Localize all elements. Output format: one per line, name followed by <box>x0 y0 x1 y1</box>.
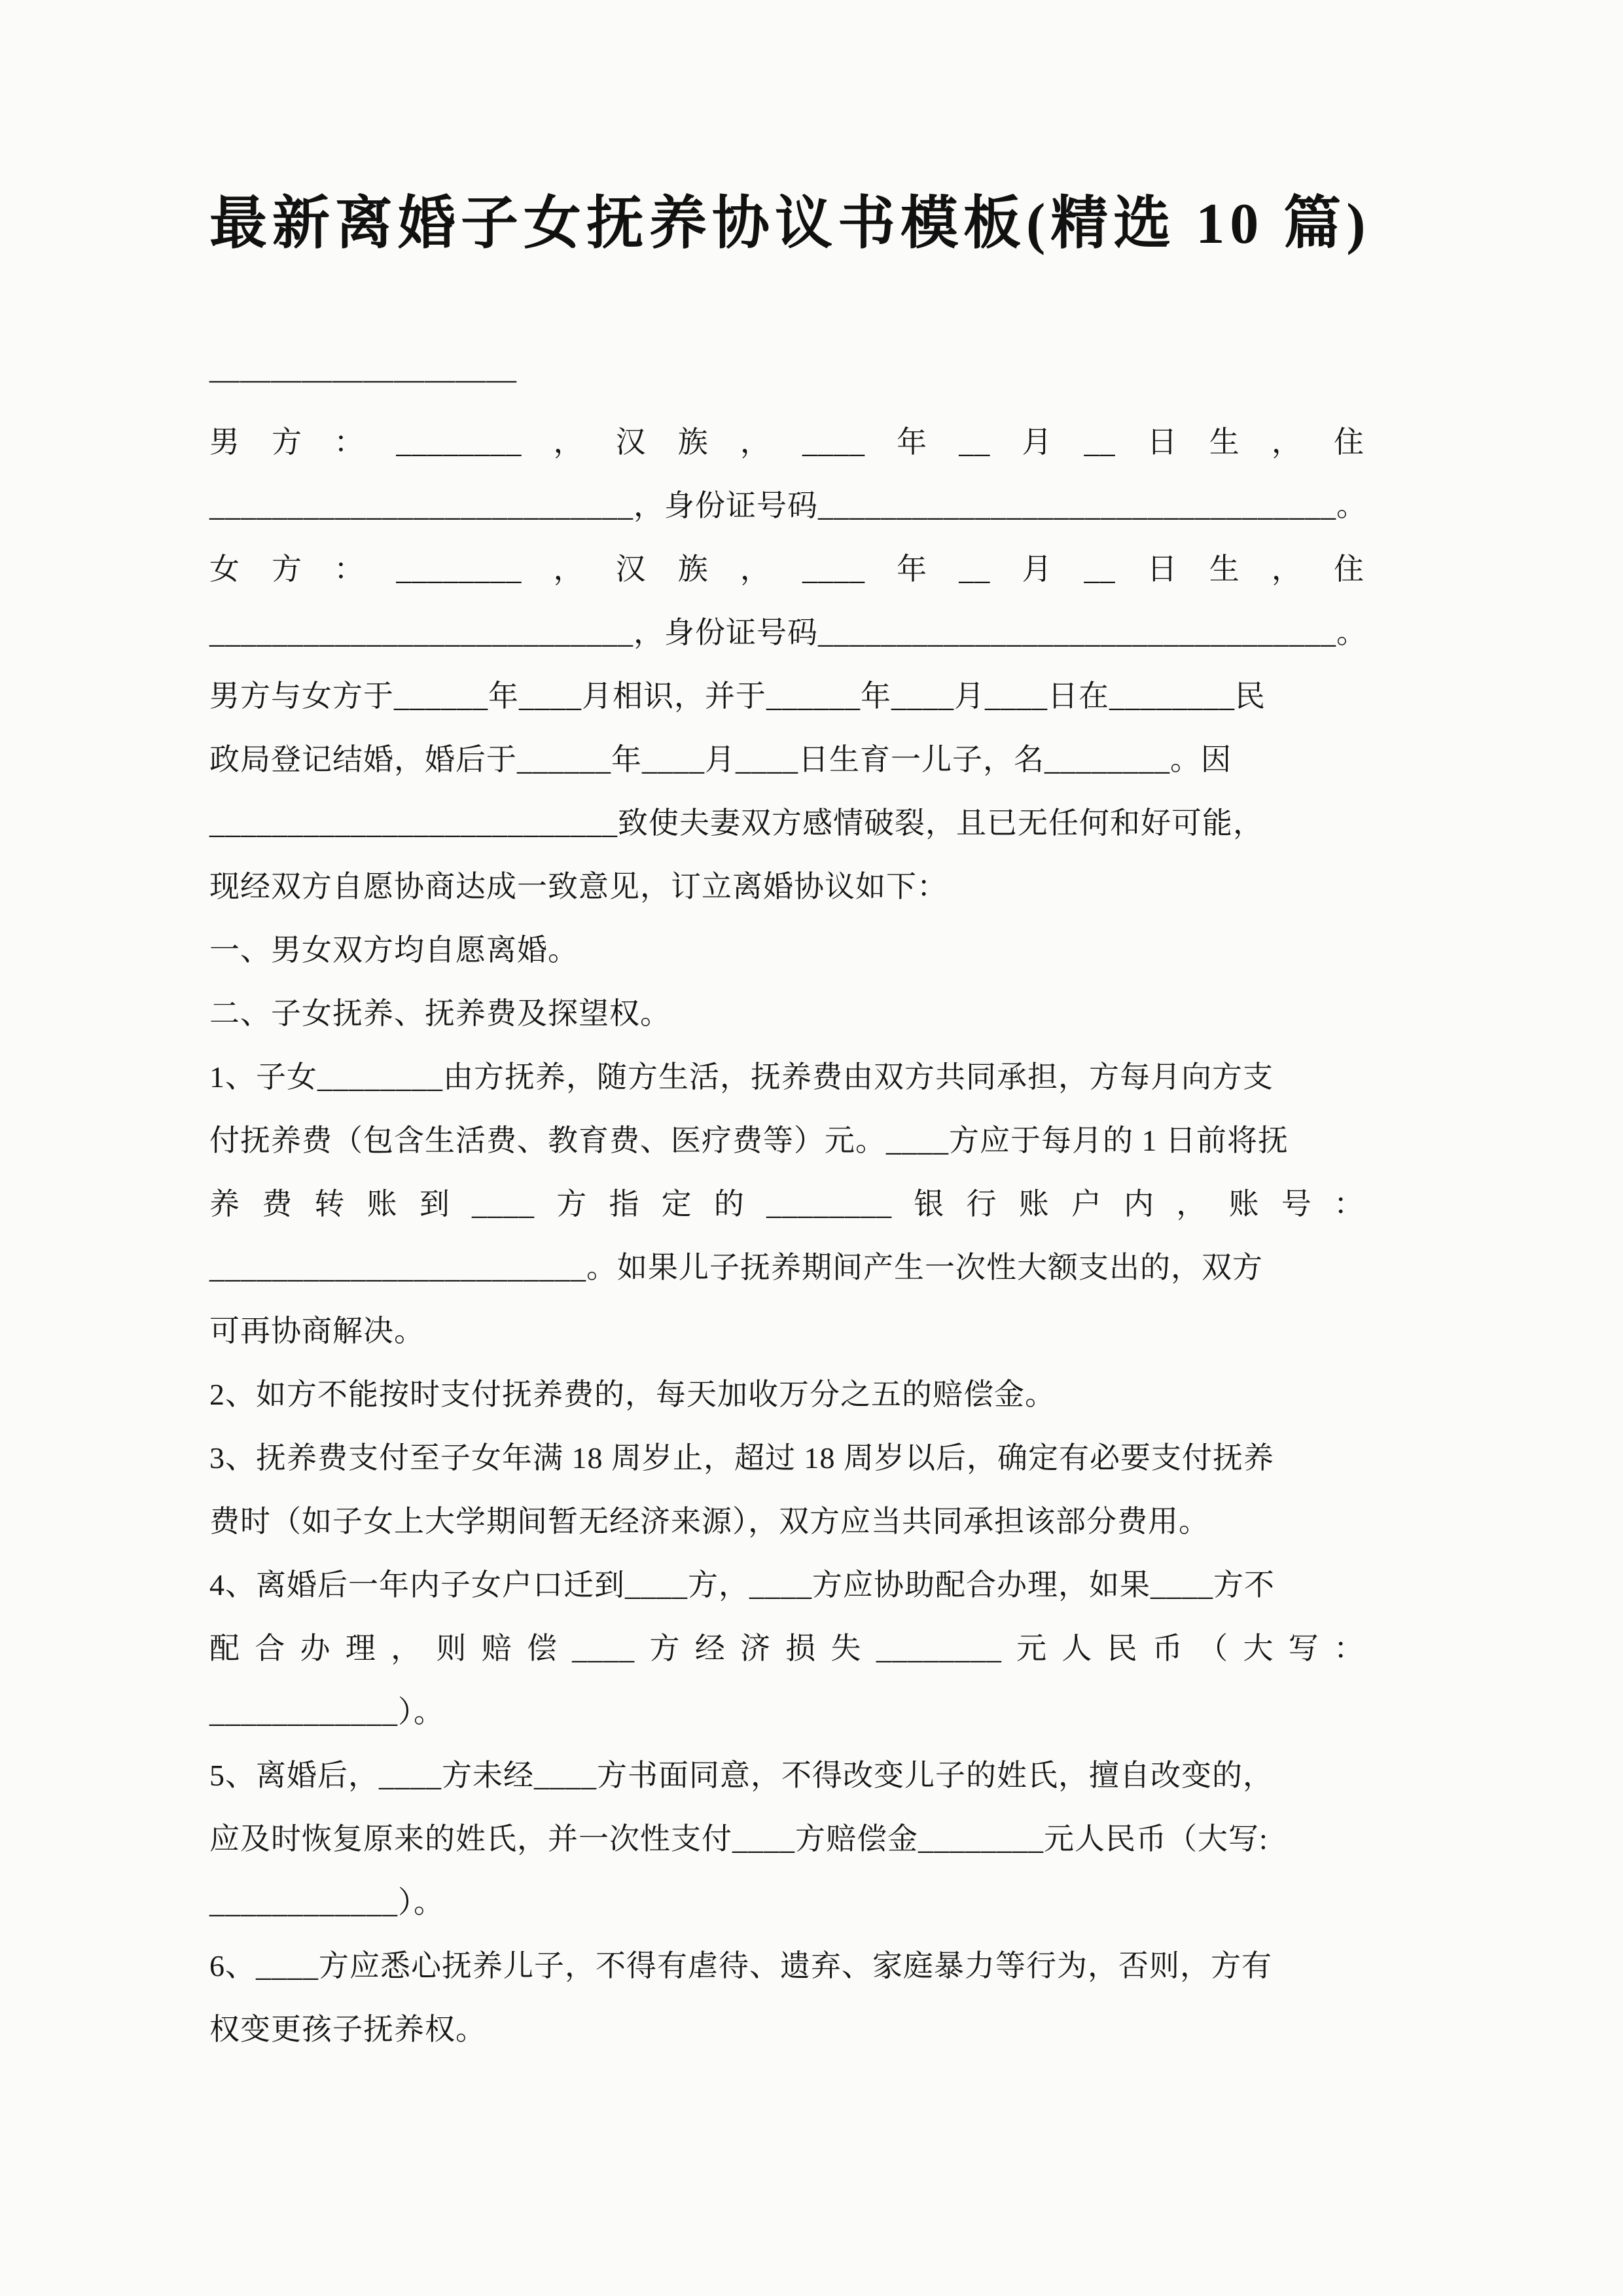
document-line: 付抚养费（包含生活费、教育费、医疗费等）元。____方应于每月的 1 日前将抚 <box>209 1109 1364 1172</box>
document-line: 二、子女抚养、抚养费及探望权。 <box>209 982 1364 1045</box>
document-line: 4、离婚后一年内子女户口迁到____方，____方应协助配合办理，如果____方… <box>209 1553 1364 1617</box>
document-line: 女方：________，汉族，____年__月__日生，住 <box>209 537 1364 601</box>
document-line: 现经双方自愿协商达成一致意见，订立离婚协议如下： <box>209 855 1364 918</box>
document-line: 费时（如子女上大学期间暂无经济来源），双方应当共同承担该部分费用。 <box>209 1490 1364 1553</box>
document-line: 男方：________，汉族，____年__月__日生，住 <box>209 410 1364 474</box>
document-line: 政局登记结婚，婚后于______年____月____日生育一儿子，名______… <box>209 728 1364 791</box>
document-line: —————————— <box>209 347 1364 410</box>
document-line: 1、子女________由方抚养，随方生活，抚养费由双方共同承担，方每月向方支 <box>209 1045 1364 1109</box>
document-line: ____________）。 <box>209 1871 1364 1934</box>
document-line: __________________________致使夫妻双方感情破裂，且已无… <box>209 791 1364 855</box>
document-page: 最新离婚子女抚养协议书模板(精选 10 篇) ——————————男方：____… <box>0 0 1623 2296</box>
document-line: 3、抚养费支付至子女年满 18 周岁止，超过 18 周岁以后，确定有必要支付抚养 <box>209 1426 1364 1490</box>
document-line: 可再协商解决。 <box>209 1299 1364 1363</box>
document-line: 5、离婚后，____方未经____方书面同意，不得改变儿子的姓氏，擅自改变的， <box>209 1744 1364 1807</box>
document-line: 应及时恢复原来的姓氏，并一次性支付____方赔偿金________元人民币（大写… <box>209 1807 1364 1871</box>
document-line: ___________________________，身份证号码_______… <box>209 474 1364 537</box>
document-line: 养费转账到____方指定的________银行账户内，账号： <box>209 1172 1364 1236</box>
document-body: ——————————男方：________，汉族，____年__月__日生，住_… <box>209 347 1364 2061</box>
document-title: 最新离婚子女抚养协议书模板(精选 10 篇) <box>209 188 1364 260</box>
document-line: ____________）。 <box>209 1680 1364 1744</box>
document-line: 男方与女方于______年____月相识，并于______年____月____日… <box>209 664 1364 728</box>
document-line: 配合办理，则赔偿____方经济损失________元人民币（大写： <box>209 1617 1364 1680</box>
document-line: 一、男女双方均自愿离婚。 <box>209 918 1364 982</box>
document-line: ___________________________，身份证号码_______… <box>209 601 1364 664</box>
document-line: 权变更孩子抚养权。 <box>209 1998 1364 2061</box>
document-line: 6、____方应悉心抚养儿子，不得有虐待、遗弃、家庭暴力等行为，否则，方有 <box>209 1934 1364 1998</box>
document-line: ________________________。如果儿子抚养期间产生一次性大额… <box>209 1236 1364 1299</box>
document-line: 2、如方不能按时支付抚养费的，每天加收万分之五的赔偿金。 <box>209 1363 1364 1426</box>
